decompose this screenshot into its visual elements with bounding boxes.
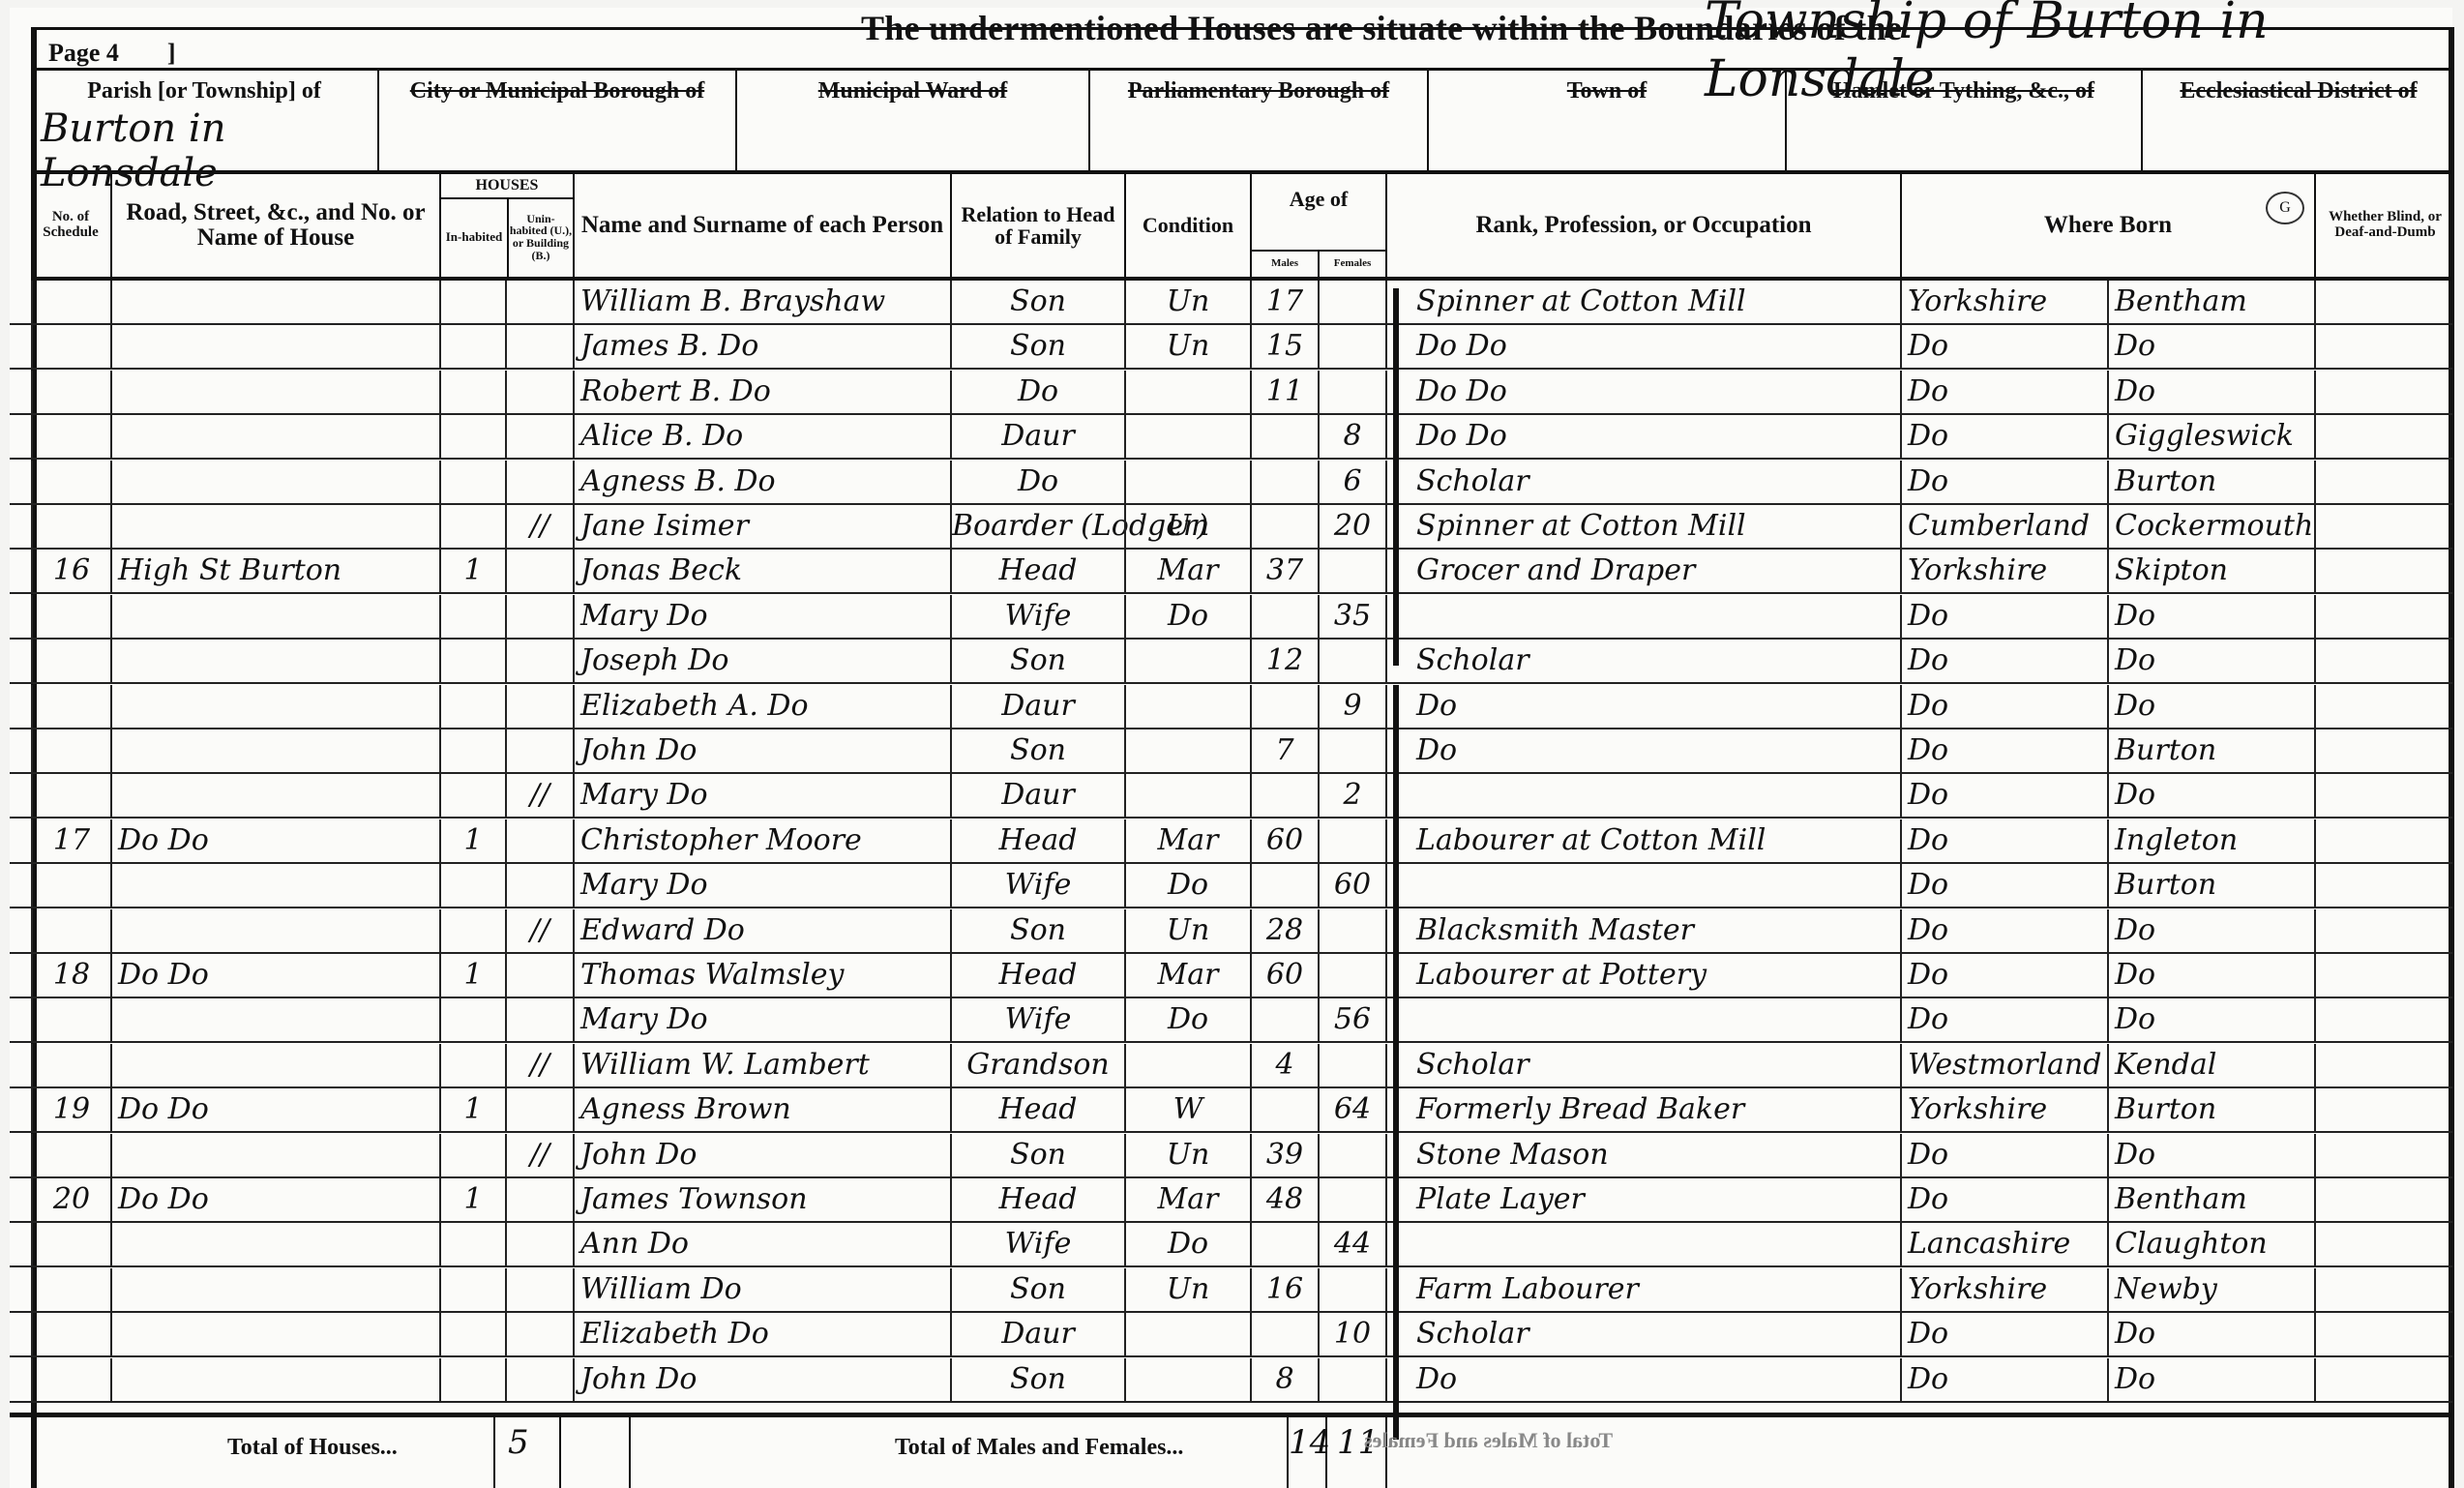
table-row: John DoSon8DoDoDo <box>10 1358 2452 1403</box>
cell-relation: Son <box>950 1134 1124 1178</box>
cell-schedule <box>31 685 110 729</box>
cell-born-county: Yorkshire <box>1900 550 2107 594</box>
page-label: Page 4] <box>48 39 176 68</box>
cell-relation: Son <box>950 640 1124 684</box>
cell-schedule <box>31 774 110 818</box>
cell-age-male: 37 <box>1250 550 1318 594</box>
table-row: Elizabeth A. DoDaur9DoDoDo <box>10 685 2452 729</box>
header-relation: Relation to Head of Family <box>950 174 1124 277</box>
totals-divider <box>493 1417 495 1488</box>
cell-condition: Do <box>1124 595 1250 640</box>
cell-inhabited <box>439 909 505 954</box>
stamp-mark: G <box>2266 192 2304 224</box>
cell-born-county: Do <box>1900 1313 2107 1357</box>
cell-road <box>110 774 439 818</box>
cell-road <box>110 1223 439 1267</box>
cell-occupation: Do <box>1385 729 1900 774</box>
table-row: //John DoSonUn39Stone MasonDoDo <box>10 1134 2452 1178</box>
cell-inhabited <box>439 505 505 550</box>
header-males: Males <box>1252 252 1318 277</box>
cell-age-female <box>1318 1044 1385 1088</box>
cell-born-parish: Skipton <box>2107 550 2314 594</box>
cell-born-parish: Do <box>2107 595 2314 640</box>
cell-uninhabited <box>505 729 573 774</box>
cell-born-county: Do <box>1900 415 2107 460</box>
cell-name: John Do <box>573 729 950 774</box>
cell-inhabited <box>439 998 505 1043</box>
cell-relation: Wife <box>950 595 1124 640</box>
cell-born-county: Do <box>1900 998 2107 1043</box>
cell-blind <box>2314 729 2454 774</box>
cell-born-parish: Do <box>2107 998 2314 1043</box>
cell-blind <box>2314 954 2454 998</box>
cell-blind <box>2314 1134 2454 1178</box>
cell-occupation <box>1385 998 1900 1043</box>
cell-name: Mary Do <box>573 595 950 640</box>
cell-age-male <box>1250 505 1318 550</box>
cell-uninhabited: // <box>505 774 573 818</box>
table-row: Mary DoWifeDo60DoBurton <box>10 864 2452 908</box>
cell-age-male <box>1250 998 1318 1043</box>
cell-born-parish: Bentham <box>2107 1178 2314 1223</box>
cell-age-male <box>1250 595 1318 640</box>
cell-born-parish: Burton <box>2107 461 2314 505</box>
cell-road <box>110 729 439 774</box>
cell-born-parish: Cockermouth <box>2107 505 2314 550</box>
totals-divider <box>559 1417 561 1488</box>
cell-inhabited <box>439 1044 505 1088</box>
cell-relation: Head <box>950 1178 1124 1223</box>
cell-condition <box>1124 1358 1250 1403</box>
cell-schedule <box>31 729 110 774</box>
cell-relation: Head <box>950 550 1124 594</box>
cell-schedule <box>31 595 110 640</box>
cell-relation: Daur <box>950 415 1124 460</box>
cell-name: Thomas Walmsley <box>573 954 950 998</box>
cell-relation: Boarder (Lodger) <box>950 505 1124 550</box>
cell-occupation: Do Do <box>1385 325 1900 370</box>
cell-uninhabited <box>505 325 573 370</box>
cell-schedule: 16 <box>31 550 110 594</box>
cell-name: Edward Do <box>573 909 950 954</box>
cell-inhabited <box>439 325 505 370</box>
cell-uninhabited <box>505 281 573 325</box>
cell-road: Do Do <box>110 1088 439 1133</box>
cell-born-parish: Do <box>2107 685 2314 729</box>
cell-age-male: 12 <box>1250 640 1318 684</box>
cell-born-parish: Kendal <box>2107 1044 2314 1088</box>
cell-occupation: Scholar <box>1385 461 1900 505</box>
cell-road <box>110 461 439 505</box>
cell-born-parish: Do <box>2107 954 2314 998</box>
admin-city: City or Municipal Borough of <box>377 71 735 170</box>
cell-road: High St Burton <box>110 550 439 594</box>
header-uninhabited: Unin-habited (U.), or Building (B.) <box>507 197 573 277</box>
header-age-label: Age of <box>1290 188 1348 210</box>
cell-uninhabited <box>505 1358 573 1403</box>
cell-age-male: 60 <box>1250 954 1318 998</box>
cell-born-parish: Do <box>2107 774 2314 818</box>
cell-age-male: 39 <box>1250 1134 1318 1178</box>
cell-uninhabited <box>505 461 573 505</box>
cell-born-county: Do <box>1900 774 2107 818</box>
census-sheet: The undermentioned Houses are situate wi… <box>10 8 2452 1488</box>
header-inhabited: In-habited <box>441 197 507 277</box>
cell-born-parish: Do <box>2107 909 2314 954</box>
cell-road <box>110 281 439 325</box>
cell-inhabited: 1 <box>439 1178 505 1223</box>
cell-born-county: Yorkshire <box>1900 1268 2107 1313</box>
cell-age-male: 17 <box>1250 281 1318 325</box>
cell-schedule: 18 <box>31 954 110 998</box>
table-row: 18Do Do1Thomas WalmsleyHeadMar60Labourer… <box>10 954 2452 998</box>
header-blind: Whether Blind, or Deaf-and-Dumb <box>2314 174 2454 277</box>
cell-occupation: Stone Mason <box>1385 1134 1900 1178</box>
cell-schedule <box>31 864 110 908</box>
cell-age-female <box>1318 640 1385 684</box>
cell-born-parish: Ingleton <box>2107 819 2314 864</box>
cell-age-male <box>1250 1313 1318 1357</box>
cell-inhabited <box>439 1223 505 1267</box>
cell-relation: Head <box>950 954 1124 998</box>
cell-occupation: Do Do <box>1385 415 1900 460</box>
cell-name: Elizabeth A. Do <box>573 685 950 729</box>
occupation-bracket <box>1393 288 1399 666</box>
admin-parliamentary: Parliamentary Borough of <box>1088 71 1427 170</box>
cell-uninhabited <box>505 415 573 460</box>
cell-uninhabited: // <box>505 909 573 954</box>
cell-name: James B. Do <box>573 325 950 370</box>
cell-age-male: 28 <box>1250 909 1318 954</box>
cell-inhabited <box>439 1313 505 1357</box>
cell-occupation: Scholar <box>1385 1044 1900 1088</box>
cell-name: William W. Lambert <box>573 1044 950 1088</box>
cell-relation: Son <box>950 1268 1124 1313</box>
admin-city-label: City or Municipal Borough of <box>410 78 704 104</box>
cell-relation: Daur <box>950 1313 1124 1357</box>
cell-uninhabited <box>505 954 573 998</box>
cell-age-female <box>1318 954 1385 998</box>
cell-blind <box>2314 1313 2454 1357</box>
cell-condition: Mar <box>1124 1178 1250 1223</box>
table-row: 16High St Burton1Jonas BeckHeadMar37Groc… <box>10 550 2452 594</box>
cell-road: Do Do <box>110 954 439 998</box>
cell-road <box>110 1358 439 1403</box>
cell-inhabited <box>439 1358 505 1403</box>
cell-born-parish: Bentham <box>2107 281 2314 325</box>
header-name: Name and Surname of each Person <box>573 174 950 277</box>
table-row: 17Do Do1Christopher MooreHeadMar60Labour… <box>10 819 2452 864</box>
cell-blind <box>2314 415 2454 460</box>
header-females: Females <box>1318 252 1385 277</box>
cell-blind <box>2314 550 2454 594</box>
cell-inhabited <box>439 729 505 774</box>
cell-age-male <box>1250 685 1318 729</box>
table-row: Elizabeth DoDaur10ScholarDoDo <box>10 1313 2452 1357</box>
cell-schedule <box>31 371 110 415</box>
cell-born-parish: Do <box>2107 640 2314 684</box>
admin-fields: Parish [or Township] of Burton in Lonsda… <box>31 68 2454 174</box>
cell-schedule <box>31 325 110 370</box>
cell-inhabited <box>439 1134 505 1178</box>
cell-road <box>110 685 439 729</box>
cell-condition: Un <box>1124 909 1250 954</box>
cell-occupation: Farm Labourer <box>1385 1268 1900 1313</box>
cell-blind <box>2314 595 2454 640</box>
cell-name: Agness Brown <box>573 1088 950 1133</box>
cell-occupation: Labourer at Pottery <box>1385 954 1900 998</box>
cell-age-female: 64 <box>1318 1088 1385 1133</box>
cell-age-male: 16 <box>1250 1268 1318 1313</box>
cell-occupation: Do <box>1385 685 1900 729</box>
cell-blind <box>2314 281 2454 325</box>
cell-schedule <box>31 1313 110 1357</box>
cell-blind <box>2314 685 2454 729</box>
cell-inhabited <box>439 685 505 729</box>
cell-blind <box>2314 864 2454 908</box>
cell-inhabited <box>439 1268 505 1313</box>
cell-inhabited <box>439 371 505 415</box>
cell-uninhabited <box>505 685 573 729</box>
cell-schedule <box>31 1134 110 1178</box>
cell-age-female <box>1318 1268 1385 1313</box>
total-persons-label: Total of Males and Females... <box>895 1435 1183 1461</box>
cell-relation: Head <box>950 1088 1124 1133</box>
table-row: Agness B. DoDo6ScholarDoBurton <box>10 461 2452 505</box>
cell-uninhabited <box>505 1223 573 1267</box>
cell-age-male: 4 <box>1250 1044 1318 1088</box>
cell-road <box>110 505 439 550</box>
cell-schedule: 17 <box>31 819 110 864</box>
cell-relation: Son <box>950 281 1124 325</box>
cell-born-county: Westmorland <box>1900 1044 2107 1088</box>
cell-born-parish: Claughton <box>2107 1223 2314 1267</box>
cell-born-county: Yorkshire <box>1900 1088 2107 1133</box>
cell-relation: Son <box>950 729 1124 774</box>
total-houses-value: 5 <box>508 1423 529 1462</box>
cell-age-male <box>1250 1088 1318 1133</box>
table-row: John DoSon7DoDoBurton <box>10 729 2452 774</box>
cell-uninhabited <box>505 864 573 908</box>
cell-road <box>110 1268 439 1313</box>
cell-occupation <box>1385 1223 1900 1267</box>
cell-relation: Son <box>950 325 1124 370</box>
cell-born-parish: Do <box>2107 325 2314 370</box>
cell-age-female: 44 <box>1318 1223 1385 1267</box>
cell-name: Elizabeth Do <box>573 1313 950 1357</box>
cell-uninhabited <box>505 595 573 640</box>
cell-name: Robert B. Do <box>573 371 950 415</box>
cell-occupation: Do <box>1385 1358 1900 1403</box>
cell-age-female <box>1318 1178 1385 1223</box>
cell-born-county: Do <box>1900 640 2107 684</box>
header-occupation: Rank, Profession, or Occupation <box>1385 174 1900 277</box>
cell-born-county: Do <box>1900 1358 2107 1403</box>
cell-road <box>110 1044 439 1088</box>
cell-condition <box>1124 1044 1250 1088</box>
cell-condition: Do <box>1124 998 1250 1043</box>
cell-age-male: 60 <box>1250 819 1318 864</box>
cell-born-parish: Do <box>2107 1358 2314 1403</box>
cell-blind <box>2314 774 2454 818</box>
cell-uninhabited <box>505 819 573 864</box>
table-row: Robert B. DoDo11Do DoDoDo <box>10 371 2452 415</box>
admin-ecclesiastical-label: Ecclesiastical District of <box>2180 78 2417 104</box>
cell-name: Jane Isimer <box>573 505 950 550</box>
table-row: //Jane IsimerBoarder (Lodger)Un20Spinner… <box>10 505 2452 550</box>
cell-condition <box>1124 685 1250 729</box>
cell-age-female <box>1318 550 1385 594</box>
cell-born-parish: Burton <box>2107 1088 2314 1133</box>
cell-road: Do Do <box>110 819 439 864</box>
cell-schedule <box>31 505 110 550</box>
table-row: William B. BrayshawSonUn17Spinner at Cot… <box>10 281 2452 325</box>
cell-condition <box>1124 371 1250 415</box>
cell-age-female: 60 <box>1318 864 1385 908</box>
cell-blind <box>2314 998 2454 1043</box>
admin-parish-label: Parish [or Township] of <box>87 78 321 104</box>
cell-age-female <box>1318 729 1385 774</box>
cell-relation: Daur <box>950 774 1124 818</box>
cell-age-female <box>1318 819 1385 864</box>
cell-inhabited <box>439 595 505 640</box>
cell-uninhabited <box>505 550 573 594</box>
cell-schedule <box>31 640 110 684</box>
cell-blind <box>2314 640 2454 684</box>
cell-age-male: 7 <box>1250 729 1318 774</box>
cell-schedule <box>31 281 110 325</box>
cell-inhabited: 1 <box>439 819 505 864</box>
cell-age-female: 35 <box>1318 595 1385 640</box>
cell-name: Jonas Beck <box>573 550 950 594</box>
cell-occupation: Formerly Bread Baker <box>1385 1088 1900 1133</box>
cell-schedule <box>31 461 110 505</box>
admin-parliamentary-label: Parliamentary Borough of <box>1128 78 1389 104</box>
table-row: Joseph DoSon12ScholarDoDo <box>10 640 2452 684</box>
cell-uninhabited <box>505 640 573 684</box>
cell-age-female <box>1318 281 1385 325</box>
cell-uninhabited: // <box>505 505 573 550</box>
cell-born-county: Do <box>1900 325 2107 370</box>
cell-uninhabited <box>505 1268 573 1313</box>
header-schedule: No. of Schedule <box>31 174 110 277</box>
cell-occupation <box>1385 774 1900 818</box>
cell-age-female: 6 <box>1318 461 1385 505</box>
admin-hamlet-label: Hamlet or Tything, &c., of <box>1833 78 2094 104</box>
cell-name: Ann Do <box>573 1223 950 1267</box>
table-row: William DoSonUn16Farm LabourerYorkshireN… <box>10 1268 2452 1313</box>
header-where-born: Where Born <box>1900 174 2314 277</box>
cell-occupation: Scholar <box>1385 640 1900 684</box>
cell-occupation: Plate Layer <box>1385 1178 1900 1223</box>
page-number: Page 4 <box>48 39 119 67</box>
header-condition: Condition <box>1124 174 1250 277</box>
cell-uninhabited <box>505 371 573 415</box>
cell-age-female <box>1318 371 1385 415</box>
total-males-value: 14 <box>1289 1423 1330 1462</box>
cell-born-county: Do <box>1900 595 2107 640</box>
cell-condition: Un <box>1124 325 1250 370</box>
cell-born-parish: Burton <box>2107 864 2314 908</box>
cell-inhabited: 1 <box>439 550 505 594</box>
cell-born-county: Do <box>1900 954 2107 998</box>
cell-age-male: 8 <box>1250 1358 1318 1403</box>
cell-name: William B. Brayshaw <box>573 281 950 325</box>
admin-town-label: Town of <box>1567 78 1647 104</box>
cell-name: Christopher Moore <box>573 819 950 864</box>
cell-road <box>110 371 439 415</box>
cell-road <box>110 864 439 908</box>
table-row: 20Do Do1James TownsonHeadMar48Plate Laye… <box>10 1178 2452 1223</box>
cell-occupation: Labourer at Cotton Mill <box>1385 819 1900 864</box>
cell-condition: Mar <box>1124 954 1250 998</box>
cell-name: Mary Do <box>573 864 950 908</box>
admin-ward-label: Municipal Ward of <box>818 78 1008 104</box>
cell-name: John Do <box>573 1358 950 1403</box>
cell-blind <box>2314 1044 2454 1088</box>
cell-age-female: 56 <box>1318 998 1385 1043</box>
cell-born-parish: Do <box>2107 1313 2314 1357</box>
table-row: James B. DoSonUn15Do DoDoDo <box>10 325 2452 370</box>
cell-condition: W <box>1124 1088 1250 1133</box>
cell-relation: Wife <box>950 998 1124 1043</box>
table-row: //Edward DoSonUn28Blacksmith MasterDoDo <box>10 909 2452 954</box>
cell-relation: Grandson <box>950 1044 1124 1088</box>
cell-blind <box>2314 1223 2454 1267</box>
cell-relation: Wife <box>950 1223 1124 1267</box>
cell-uninhabited <box>505 998 573 1043</box>
cell-inhabited <box>439 774 505 818</box>
cell-road <box>110 998 439 1043</box>
cell-schedule <box>31 1223 110 1267</box>
cell-inhabited <box>439 864 505 908</box>
cell-blind <box>2314 1178 2454 1223</box>
cell-name: James Townson <box>573 1178 950 1223</box>
cell-age-female: 8 <box>1318 415 1385 460</box>
cell-relation: Son <box>950 1358 1124 1403</box>
cell-age-male: 15 <box>1250 325 1318 370</box>
cell-blind <box>2314 371 2454 415</box>
cell-uninhabited: // <box>505 1044 573 1088</box>
cell-inhabited: 1 <box>439 954 505 998</box>
header-houses-label: HOUSES <box>441 174 573 199</box>
cell-name: John Do <box>573 1134 950 1178</box>
cell-born-county: Do <box>1900 461 2107 505</box>
cell-born-parish: Do <box>2107 371 2314 415</box>
cell-occupation <box>1385 595 1900 640</box>
admin-ward: Municipal Ward of <box>735 71 1088 170</box>
cell-age-female <box>1318 325 1385 370</box>
admin-hamlet: Hamlet or Tything, &c., of <box>1785 71 2141 170</box>
cell-condition <box>1124 774 1250 818</box>
cell-inhabited <box>439 640 505 684</box>
cell-born-county: Do <box>1900 819 2107 864</box>
cell-born-county: Do <box>1900 685 2107 729</box>
cell-road <box>110 640 439 684</box>
cell-born-parish: Burton <box>2107 729 2314 774</box>
cell-age-female: 2 <box>1318 774 1385 818</box>
cell-age-male: 11 <box>1250 371 1318 415</box>
cell-condition: Do <box>1124 1223 1250 1267</box>
column-headers: No. of Schedule Road, Street, &c., and N… <box>31 174 2454 281</box>
admin-ecclesiastical: Ecclesiastical District of <box>2141 71 2454 170</box>
cell-uninhabited <box>505 1313 573 1357</box>
cell-born-parish: Giggleswick <box>2107 415 2314 460</box>
table-row: //William W. LambertGrandson4ScholarWest… <box>10 1044 2452 1088</box>
cell-age-female <box>1318 1134 1385 1178</box>
cell-road <box>110 1134 439 1178</box>
cell-born-county: Yorkshire <box>1900 281 2107 325</box>
